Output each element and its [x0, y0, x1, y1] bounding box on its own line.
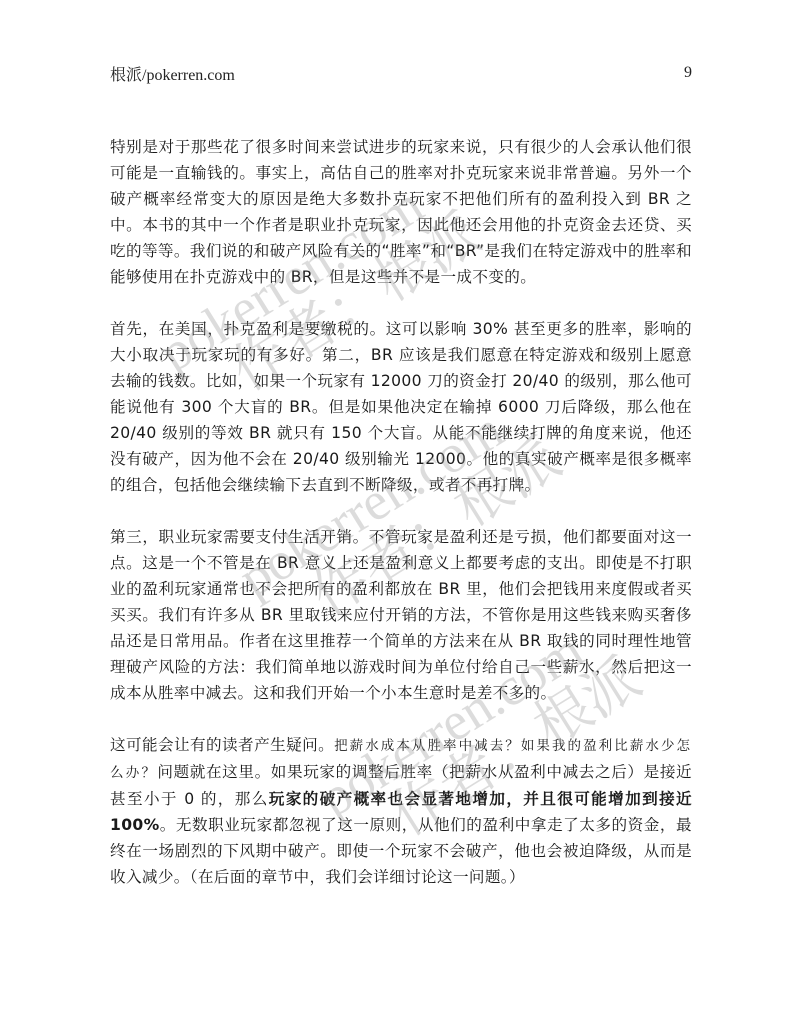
body-text: 特别是对于那些花了很多时间来尝试进步的玩家来说，只有很少的人会承认他们很可能是一… [110, 134, 692, 916]
paragraph-4: 这可能会让有的读者产生疑问。把薪水成本从胜率中减去？如果我的盈利比薪水少怎么办？… [110, 732, 692, 890]
paragraph-4-tail: 。无数职业玩家都忽视了这一原则，从他们的盈利中拿走了太多的资金，最终在一场剧烈的… [110, 816, 692, 886]
paragraph-4-lead: 这可能会让有的读者产生疑问。 [110, 736, 334, 754]
document-page: 根派/pokerren.com 9 特别是对于那些花了很多时间来尝试进步的玩家来… [0, 0, 800, 1035]
paragraph-1: 特别是对于那些花了很多时间来尝试进步的玩家来说，只有很少的人会承认他们很可能是一… [110, 134, 692, 290]
page-header: 根派/pokerren.com 9 [110, 60, 692, 86]
page-number: 9 [684, 64, 692, 82]
paragraph-2: 首先，在美国，扑克盈利是要缴税的。这可以影响 30% 甚至更多的胜率，影响的大小… [110, 316, 692, 498]
paragraph-3: 第三，职业玩家需要支付生活开销。不管玩家是盈利还是亏损，他们都要面对这一点。这是… [110, 524, 692, 706]
running-header-site: 根派/pokerren.com [110, 62, 235, 85]
